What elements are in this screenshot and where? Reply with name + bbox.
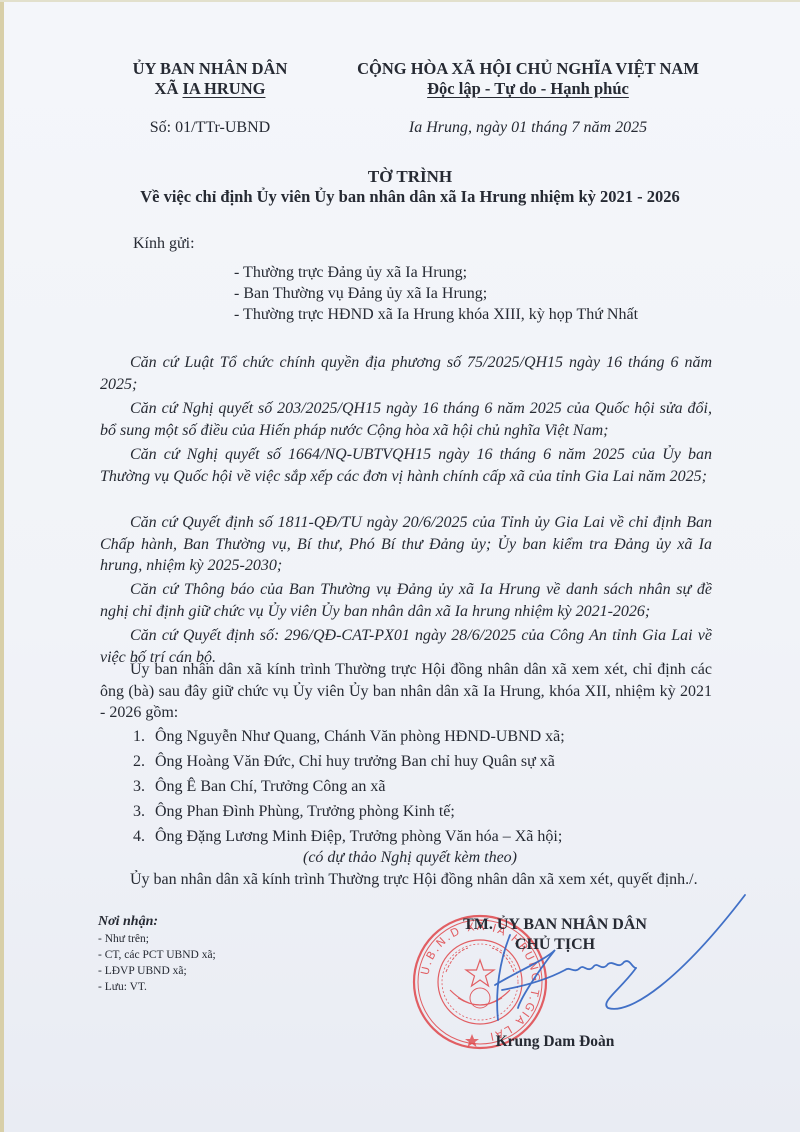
document-subject: Về việc chỉ định Ủy viên Ủy ban nhân dân…	[100, 187, 720, 207]
legal-basis: Căn cứ Quyết định số 1811-QĐ/TU ngày 20/…	[100, 512, 712, 577]
agency-name: ỦY BAN NHÂN DÂN	[100, 59, 320, 79]
nominee-item: 4.Ông Đặng Lương Minh Điệp, Trưởng phòng…	[133, 826, 565, 851]
legal-basis: Căn cứ Nghị quyết số 1664/NQ-UBTVQH15 ng…	[100, 444, 712, 487]
scan-edge-top	[0, 0, 800, 2]
country-name: CỘNG HÒA XÃ HỘI CHỦ NGHĨA VIỆT NAM	[318, 59, 738, 79]
document-number: Số: 01/TTr-UBND	[100, 119, 320, 137]
recipient-item: - Lưu: VT.	[98, 979, 216, 995]
recipients-block: Nơi nhận: - Như trên; - CT, các PCT UBND…	[98, 913, 216, 995]
agency-commune: XÃ IA HRUNG	[100, 79, 320, 99]
handwritten-signature-icon	[490, 890, 750, 1040]
recipient-item: - LĐVP UBND xã;	[98, 963, 216, 979]
addressee-item: - Thường trực HĐND xã Ia Hrung khóa XIII…	[234, 304, 638, 325]
closing-paragraph: Ủy ban nhân dân xã kính trình Thường trự…	[100, 869, 712, 891]
legal-basis: Căn cứ Nghị quyết số 203/2025/QH15 ngày …	[100, 398, 712, 441]
addressee-label: Kính gửi:	[133, 233, 195, 254]
nominee-item: 2.Ông Hoàng Văn Đức, Chỉ huy trưởng Ban …	[133, 751, 565, 776]
national-header: CỘNG HÒA XÃ HỘI CHỦ NGHĨA VIỆT NAM Độc l…	[318, 59, 738, 99]
recipient-item: - CT, các PCT UBND xã;	[98, 947, 216, 963]
attachment-note: (có dự thảo Nghị quyết kèm theo)	[100, 849, 720, 867]
proposal-paragraph: Ủy ban nhân dân xã kính trình Thường trự…	[100, 659, 712, 724]
document-type: TỜ TRÌNH	[100, 167, 720, 187]
nominee-item: 3.Ông Ê Ban Chí, Trưởng Công an xã	[133, 776, 565, 801]
nominee-item: 1.Ông Nguyễn Như Quang, Chánh Văn phòng …	[133, 726, 565, 751]
legal-basis: Căn cứ Thông báo của Ban Thường vụ Đảng …	[100, 579, 712, 622]
legal-basis: Căn cứ Luật Tổ chức chính quyền địa phươ…	[100, 352, 712, 395]
place-date: Ia Hrung, ngày 01 tháng 7 năm 2025	[318, 119, 738, 137]
addressee-item: - Thường trực Đảng ủy xã Ia Hrung;	[234, 262, 638, 283]
nominee-list: 1.Ông Nguyễn Như Quang, Chánh Văn phòng …	[133, 726, 565, 851]
nominee-item: 3.Ông Phan Đình Phùng, Trưởng phòng Kinh…	[133, 801, 565, 826]
motto: Độc lập - Tự do - Hạnh phúc	[318, 79, 738, 99]
recipients-label: Nơi nhận:	[98, 913, 216, 931]
recipient-item: - Như trên;	[98, 931, 216, 947]
addressee-item: - Ban Thường vụ Đảng ủy xã Ia Hrung;	[234, 283, 638, 304]
addressee-list: - Thường trực Đảng ủy xã Ia Hrung; - Ban…	[234, 262, 638, 325]
signer-name: Krung Dam Đoàn	[440, 1033, 670, 1051]
agency-header: ỦY BAN NHÂN DÂN XÃ IA HRUNG	[100, 59, 320, 99]
document-page: ỦY BAN NHÂN DÂN XÃ IA HRUNG CỘNG HÒA XÃ …	[0, 0, 800, 1132]
scan-edge	[0, 0, 4, 1132]
